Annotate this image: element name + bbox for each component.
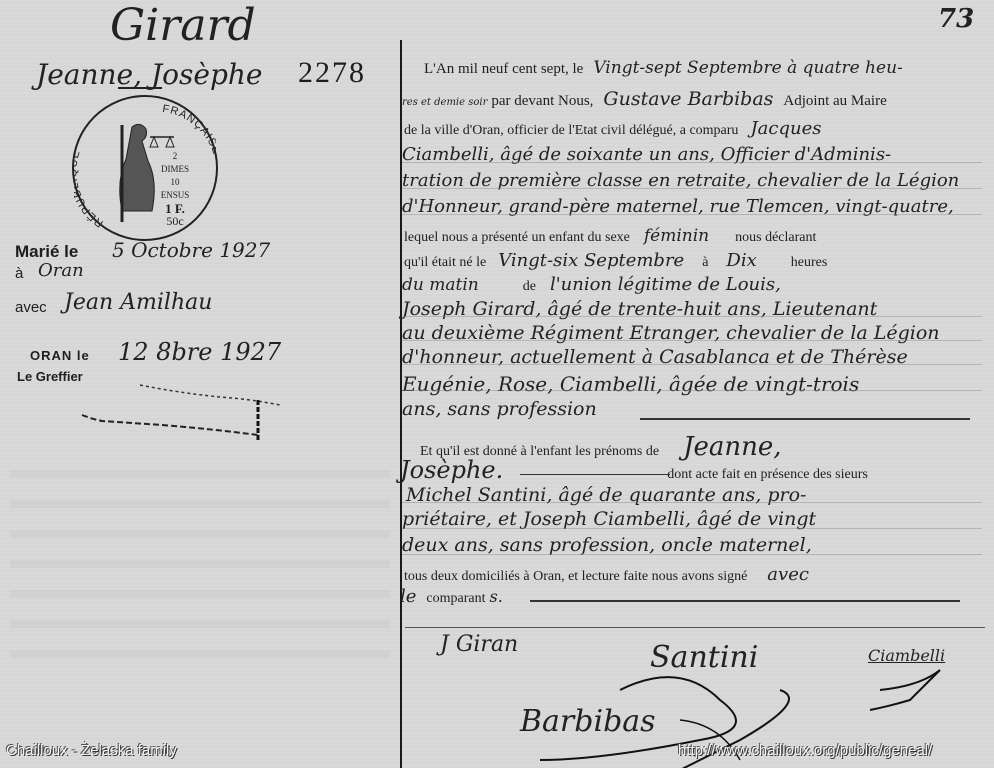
watermark-family: Chailloux - Żelaska family — [6, 742, 177, 759]
act-line: ans, sans profession — [402, 398, 597, 420]
bleed-through-text — [10, 450, 390, 680]
with-label: avec — [15, 299, 47, 316]
guide-rule — [402, 214, 982, 215]
line-rule — [530, 600, 960, 602]
line-rule — [640, 418, 970, 420]
guide-rule — [402, 390, 982, 391]
act-line: L'An mil neuf cent sept, le Vingt-sept S… — [424, 58, 903, 78]
revenue-stamp: RÉPUBLIQUE FRANÇAISE — [72, 95, 218, 241]
guide-rule — [402, 188, 982, 189]
guide-rule — [402, 340, 982, 341]
act-line: priétaire, et Joseph Ciambelli, âgé de v… — [402, 508, 816, 530]
act-line: lequel nous a présenté un enfant du sexe… — [404, 226, 816, 246]
act-line: res et demie soir par devant Nous, Gusta… — [402, 88, 887, 110]
clerk-label: Le Greffier — [17, 369, 83, 384]
page-number: 73 — [938, 4, 974, 34]
act-line: deux ans, sans profession, oncle materne… — [402, 534, 812, 556]
at-label: à — [15, 265, 23, 282]
scanned-document-page: Girard Jeanne, Josèphe 2278 RÉPUBLIQUE F… — [0, 0, 994, 768]
guide-rule — [402, 162, 982, 163]
act-line: le comparant s. — [400, 586, 503, 607]
act-line: Josèphe. dont acte fait en présence des … — [400, 456, 868, 484]
stamp-value: 2 DIMES 10 ENSUS 1 F. 50c — [160, 150, 190, 230]
marriage-date: 5 Octobre 1927 — [112, 238, 270, 262]
watermark-url[interactable]: http://www.chailloux.org/public/geneal/ — [678, 742, 932, 759]
spouse-name: Jean Amilhau — [64, 290, 212, 315]
act-line: Eugénie, Rose, Ciambelli, âgée de vingt-… — [402, 372, 859, 396]
underline — [118, 87, 162, 89]
guide-rule — [402, 554, 982, 555]
marriage-place: Oran — [38, 260, 84, 281]
act-number: 2278 — [298, 56, 366, 90]
margin-surname: Girard — [110, 0, 256, 51]
married-label: Marié le — [15, 242, 78, 262]
act-line: de la ville d'Oran, officier de l'Etat c… — [404, 118, 821, 139]
guide-rule — [402, 316, 982, 317]
guide-rule — [402, 528, 982, 529]
act-line: du matin de l'union légitime de Louis, — [402, 274, 781, 295]
line-rule — [520, 474, 670, 475]
line-rule — [405, 627, 985, 628]
guide-rule — [402, 364, 982, 365]
act-line: qu'il était né le Vingt-six Septembre à … — [404, 250, 827, 271]
marianne-figure-icon: RÉPUBLIQUE FRANÇAISE — [74, 97, 216, 239]
svg-text:RÉPUBLIQUE: RÉPUBLIQUE — [74, 148, 106, 229]
act-line: tous deux domiciliés à Oran, et lecture … — [404, 564, 809, 585]
svg-text:FRANÇAISE: FRANÇAISE — [161, 103, 216, 157]
guide-rule — [402, 502, 982, 503]
clerk-signature — [80, 360, 300, 450]
